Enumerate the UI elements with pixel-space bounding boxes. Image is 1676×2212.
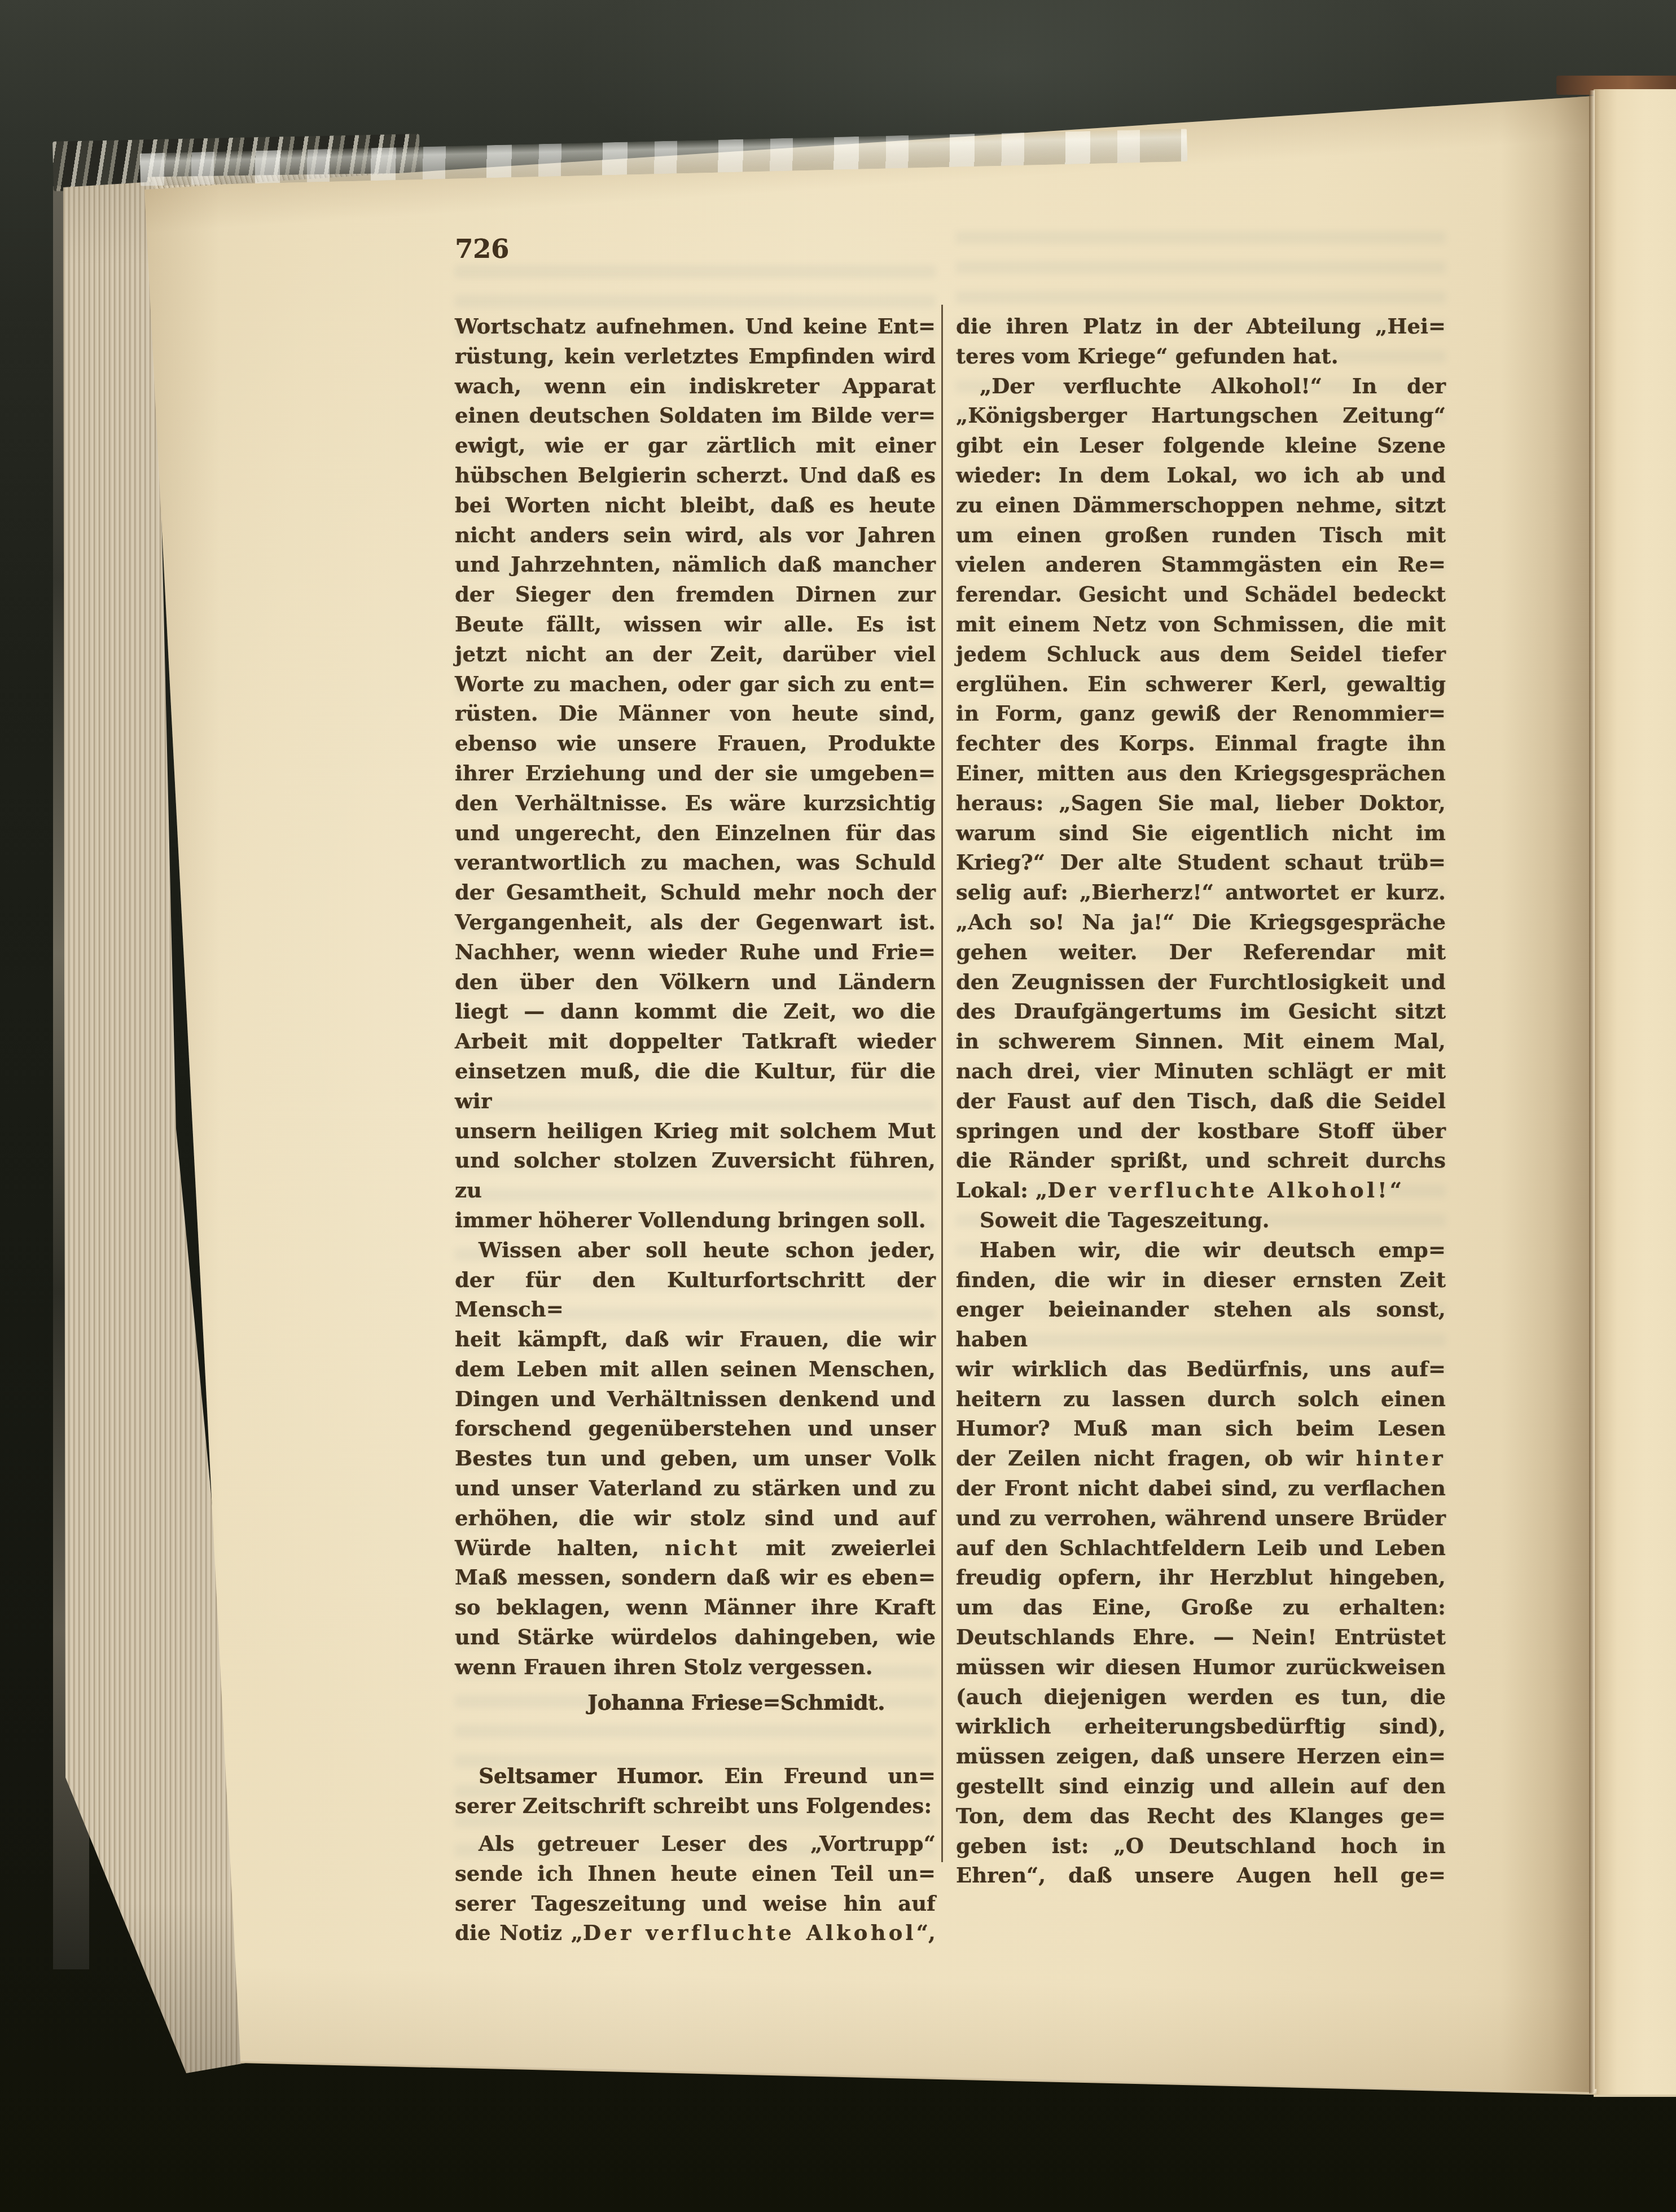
text-run: ferendar. Gesicht und Schädel bedeckt — [956, 582, 1446, 607]
text-run: den über den Völkern und Ländern — [455, 969, 936, 994]
text-run: Soweit die Tageszeitung. — [980, 1208, 1270, 1232]
text-run: und Jahrzehnten, nämlich daß mancher — [455, 552, 936, 577]
text-line: der Faust auf den Tisch, daß die Seidel — [956, 1086, 1446, 1116]
text-run: gibt ein Leser folgende kleine Szene — [956, 433, 1446, 458]
text-run: springen und der kostbare Stoff über — [956, 1118, 1446, 1143]
text-line: mit einem Netz von Schmissen, die mit — [956, 609, 1446, 639]
text-run: Dingen und Verhältnissen denkend und — [455, 1386, 936, 1411]
text-run: wieder: In dem Lokal, wo ich ab und — [956, 463, 1446, 488]
text-run: hübschen Belgierin scherzt. Und daß es — [455, 463, 936, 488]
text-line: wir wirklich das Bedürfnis, uns auf= — [956, 1354, 1446, 1384]
text-run: die ihren Platz in der Abteilung „Hei= — [956, 314, 1446, 339]
text-line: gibt ein Leser folgende kleine Szene — [956, 431, 1446, 460]
letterspaced-text: Der verfluchte Alkohol! — [1047, 1178, 1389, 1202]
text-run: “ — [1390, 1178, 1402, 1202]
text-line: gehen weiter. Der Referendar mit — [956, 937, 1446, 967]
text-line: selig auf: „Bierherz!“ antwortet er kurz… — [956, 877, 1446, 907]
text-line: einsetzen muß, die die Kultur, für die w… — [455, 1056, 936, 1116]
text-run: mit einem Netz von Schmissen, die mit — [956, 612, 1446, 637]
scanned-book-photo: 726 Wortschatz aufnehmen. Und keine Ent=… — [0, 0, 1676, 2212]
text-run: jedem Schluck aus dem Seidel tiefer — [956, 642, 1446, 666]
text-run: finden, die wir in dieser ernsten Zeit — [956, 1267, 1446, 1292]
text-run: in schwerem Sinnen. Mit einem Mal, — [956, 1029, 1446, 1054]
text-line: gestellt sind einzig und allein auf den — [956, 1771, 1446, 1801]
text-line: springen und der kostbare Stoff über — [956, 1116, 1446, 1146]
text-line: und zu verrohen, während unsere Brüder — [956, 1503, 1446, 1533]
text-run: freudig opfern, ihr Herzblut hingeben, — [956, 1565, 1446, 1590]
text-run: Ton, dem das Recht des Klanges ge= — [956, 1803, 1446, 1828]
text-line: Ton, dem das Recht des Klanges ge= — [956, 1801, 1446, 1831]
text-line: und unser Vaterland zu stärken und zu — [455, 1473, 936, 1503]
text-line: ewigt, wie er gar zärtlich mit einer — [455, 431, 936, 460]
text-line: Haben wir, die wir deutsch emp= — [956, 1235, 1446, 1265]
text-line: Deutschlands Ehre. — Nein! Entrüstet — [956, 1622, 1446, 1652]
text-run: jetzt nicht an der Zeit, darüber viel — [455, 642, 936, 666]
text-run: um einen großen runden Tisch mit — [956, 523, 1446, 547]
text-run: Nachher, wenn wieder Ruhe und Frie= — [455, 940, 936, 964]
text-run: und ungerecht, den Einzelnen für das — [455, 820, 936, 845]
text-line: finden, die wir in dieser ernsten Zeit — [956, 1265, 1446, 1295]
text-line: Ehren“, daß unsere Augen hell ge= — [956, 1860, 1446, 1890]
text-column-right: die ihren Platz in der Abteilung „Hei=te… — [956, 311, 1446, 1890]
text-line: den Verhältnisse. Es wäre kurzsichtig — [455, 788, 936, 818]
text-run: Maß messen, sondern daß wir es eben= — [455, 1565, 936, 1590]
text-line: die Notiz „Der verfluchte Alkohol“, — [455, 1918, 936, 1948]
text-line: dem Leben mit allen seinen Menschen, — [455, 1354, 936, 1384]
text-run: sende ich Ihnen heute einen Teil un= — [455, 1861, 936, 1886]
text-line: Vergangenheit, als der Gegenwart ist. — [455, 907, 936, 937]
text-line: Würde halten, nicht mit zweierlei — [455, 1533, 936, 1563]
text-line: (auch diejenigen werden es tun, die — [956, 1682, 1446, 1712]
text-line: sende ich Ihnen heute einen Teil un= — [455, 1859, 936, 1889]
text-run: Ehren“, daß unsere Augen hell ge= — [956, 1863, 1446, 1888]
text-line: ihrer Erziehung und der sie umgeben= — [455, 758, 936, 788]
text-run: der Sieger den fremden Dirnen zur — [455, 582, 936, 607]
text-run: Vergangenheit, als der Gegenwart ist. — [455, 910, 936, 934]
text-line: rüsten. Die Männer von heute sind, — [455, 699, 936, 728]
text-line: und ungerecht, den Einzelnen für das — [455, 818, 936, 848]
text-run: wirklich erheiterungsbedürftig sind), — [956, 1714, 1446, 1739]
text-line: Als getreuer Leser des „Vortrupp“ — [455, 1829, 936, 1859]
text-run: den Verhältnisse. Es wäre kurzsichtig — [455, 791, 936, 815]
text-line: Worte zu machen, oder gar sich zu ent= — [455, 669, 936, 699]
text-run: heraus: „Sagen Sie mal, lieber Doktor, — [956, 791, 1446, 815]
gutter-crease — [1589, 90, 1595, 2093]
text-run: wach, wenn ein indiskreter Apparat — [455, 374, 936, 398]
text-run: Einer, mitten aus den Kriegsgesprächen — [956, 761, 1446, 785]
facing-page — [1594, 89, 1676, 2097]
text-line: wirklich erheiterungsbedürftig sind), — [956, 1711, 1446, 1741]
text-line: jetzt nicht an der Zeit, darüber viel — [455, 639, 936, 669]
text-line: den Zeugnissen der Furchtlosigkeit und — [956, 967, 1446, 997]
text-line: der Zeilen nicht fragen, ob wir hinter — [956, 1443, 1446, 1473]
text-run: einsetzen muß, die die Kultur, für die w… — [455, 1059, 936, 1113]
text-line: um einen großen runden Tisch mit — [956, 520, 1446, 550]
text-run: „Königsberger Hartungschen Zeitung“ — [956, 403, 1446, 428]
text-line: der Gesamtheit, Schuld mehr noch der — [455, 877, 936, 907]
text-run: zu einen Dämmerschoppen nehme, sitzt — [956, 493, 1446, 517]
text-run: heit kämpft, daß wir Frauen, die wir — [455, 1327, 936, 1351]
text-line: Seltsamer Humor. Ein Freund un= — [455, 1761, 936, 1791]
text-run: Krieg?“ Der alte Student schaut trüb= — [956, 850, 1446, 875]
text-run: müssen wir diesen Humor zurückweisen — [956, 1654, 1446, 1679]
text-run: unsern heiligen Krieg mit solchem Mut — [455, 1118, 936, 1143]
text-line: die Ränder sprißt, und schreit durchs — [956, 1145, 1446, 1175]
text-line: den über den Völkern und Ländern — [455, 967, 936, 997]
page-number: 726 — [455, 234, 509, 264]
text-run: teres vom Kriege“ gefunden hat. — [956, 344, 1339, 368]
text-run: rüstung, kein verletztes Empfinden wird — [455, 344, 936, 368]
text-run: vielen anderen Stammgästen ein Re= — [956, 552, 1446, 577]
text-run: Worte zu machen, oder gar sich zu ent= — [455, 671, 936, 696]
text-line: immer höherer Vollendung bringen soll. — [455, 1205, 936, 1235]
text-line: heraus: „Sagen Sie mal, lieber Doktor, — [956, 788, 1446, 818]
text-run: (auch diejenigen werden es tun, die — [956, 1684, 1446, 1709]
text-run: und Stärke würdelos dahingeben, wie — [455, 1625, 936, 1649]
text-line: forschend gegenüberstehen und unser — [455, 1414, 936, 1443]
text-run: gestellt sind einzig und allein auf den — [956, 1774, 1446, 1798]
text-line: wach, wenn ein indiskreter Apparat — [455, 371, 936, 401]
text-line: Krieg?“ Der alte Student schaut trüb= — [956, 848, 1446, 877]
text-line: nicht anders sein wird, als vor Jahren — [455, 520, 936, 550]
text-run: ihrer Erziehung und der sie umgeben= — [455, 761, 936, 785]
text-line: serer Zeitschrift schreibt uns Folgendes… — [455, 1791, 936, 1821]
text-line: wenn Frauen ihren Stolz vergessen. — [455, 1652, 936, 1682]
text-run: nicht anders sein wird, als vor Jahren — [455, 523, 936, 547]
text-line: wieder: In dem Lokal, wo ich ab und — [956, 460, 1446, 490]
text-line: vielen anderen Stammgästen ein Re= — [956, 550, 1446, 580]
text-line: Einer, mitten aus den Kriegsgesprächen — [956, 758, 1446, 788]
text-run: die Notiz „ — [455, 1920, 583, 1945]
text-line: müssen zeigen, daß unsere Herzen ein= — [956, 1741, 1446, 1771]
text-run: der Front nicht dabei sind, zu verflache… — [956, 1476, 1446, 1500]
text-line: Beute fällt, wissen wir alle. Es ist — [455, 609, 936, 639]
text-run: der Gesamtheit, Schuld mehr noch der — [455, 880, 936, 905]
text-run: Bestes tun und geben, um unser Volk — [455, 1446, 936, 1471]
text-run: ebenso wie unsere Frauen, Produkte — [455, 731, 936, 756]
text-run: um das Eine, Große zu erhalten: — [956, 1595, 1446, 1619]
text-column-left: Wortschatz aufnehmen. Und keine Ent=rüst… — [455, 311, 936, 1948]
text-line: so beklagen, wenn Männer ihre Kraft — [455, 1592, 936, 1622]
text-run: forschend gegenüberstehen und unser — [455, 1416, 936, 1441]
text-line: jedem Schluck aus dem Seidel tiefer — [956, 639, 1446, 669]
text-run: „Der verfluchte Alkohol!“ In der — [980, 374, 1446, 398]
text-run: liegt — dann kommt die Zeit, wo die — [455, 999, 936, 1024]
text-line: und solcher stolzen Zuversicht führen, z… — [455, 1145, 936, 1205]
text-line: geben ist: „O Deutschland hoch in — [956, 1831, 1446, 1861]
text-line: Humor? Muß man sich beim Lesen — [956, 1414, 1446, 1443]
column-divider-rule — [941, 305, 943, 1862]
text-run: mit zweierlei — [740, 1535, 936, 1560]
text-run: der Zeilen nicht fragen, ob wir — [956, 1446, 1356, 1471]
text-run: Seltsamer Humor. — [479, 1763, 704, 1788]
text-line: enger beieinander stehen als sonst, habe… — [956, 1294, 1446, 1354]
text-run: Beute fällt, wissen wir alle. Es ist — [455, 612, 936, 637]
text-run: und solcher stolzen Zuversicht führen, z… — [455, 1148, 936, 1202]
text-run: serer Tageszeitung und weise hin auf — [455, 1891, 936, 1916]
text-line: einen deutschen Soldaten im Bilde ver= — [455, 401, 936, 431]
text-line: und Stärke würdelos dahingeben, wie — [455, 1622, 936, 1652]
text-run: erhöhen, die wir stolz sind und auf — [455, 1506, 936, 1530]
letterspaced-text: Der verfluchte Alkohol — [583, 1920, 916, 1945]
text-line: in schwerem Sinnen. Mit einem Mal, — [956, 1026, 1446, 1056]
text-run: in Form, ganz gewiß der Renommier= — [956, 701, 1446, 726]
text-line: der für den Kulturfortschritt der Mensch… — [455, 1265, 936, 1325]
text-run: wir wirklich das Bedürfnis, uns auf= — [956, 1357, 1446, 1381]
letterspaced-text: hinter — [1356, 1446, 1446, 1471]
text-run: erglühen. Ein schwerer Kerl, gewaltig — [956, 671, 1446, 696]
text-run: selig auf: „Bierherz!“ antwortet er kurz… — [956, 880, 1446, 905]
text-line: teres vom Kriege“ gefunden hat. — [956, 341, 1446, 371]
text-line: um das Eine, Große zu erhalten: — [956, 1592, 1446, 1622]
text-line: freudig opfern, ihr Herzblut hingeben, — [956, 1563, 1446, 1592]
text-line: ebenso wie unsere Frauen, Produkte — [455, 728, 936, 758]
text-line: heitern zu lassen durch solch einen — [956, 1384, 1446, 1414]
text-run: rüsten. Die Männer von heute sind, — [455, 701, 936, 726]
text-run: die Ränder sprißt, und schreit durchs — [956, 1148, 1446, 1173]
text-line: des Draufgängertums im Gesicht sitzt — [956, 997, 1446, 1026]
text-line: warum sind Sie eigentlich nicht im — [956, 818, 1446, 848]
text-line: der Front nicht dabei sind, zu verflache… — [956, 1473, 1446, 1503]
text-line: Dingen und Verhältnissen denkend und — [455, 1384, 936, 1414]
text-run: so beklagen, wenn Männer ihre Kraft — [455, 1595, 936, 1619]
text-line: „Königsberger Hartungschen Zeitung“ — [956, 401, 1446, 431]
text-line: Lokal: „Der verfluchte Alkohol!“ — [956, 1175, 1446, 1205]
text-run: Ein Freund un= — [704, 1763, 936, 1788]
text-run: und zu verrohen, während unsere Brüder — [956, 1506, 1446, 1530]
text-line: auf den Schlachtfeldern Leib und Leben — [956, 1533, 1446, 1563]
text-line: rüstung, kein verletztes Empfinden wird — [455, 341, 936, 371]
text-run: bei Worten nicht bleibt, daß es heute — [455, 493, 936, 517]
text-line: serer Tageszeitung und weise hin auf — [455, 1889, 936, 1919]
text-line: heit kämpft, daß wir Frauen, die wir — [455, 1324, 936, 1354]
text-run: gehen weiter. Der Referendar mit — [956, 940, 1446, 964]
text-run: fechter des Korps. Einmal fragte ihn — [956, 731, 1446, 756]
text-line: „Ach so! Na ja!“ Die Kriegsgespräche — [956, 907, 1446, 937]
letterspaced-text: nicht — [665, 1535, 740, 1560]
text-run: auf den Schlachtfeldern Leib und Leben — [956, 1535, 1446, 1560]
text-run: Lokal: „ — [956, 1178, 1047, 1202]
text-run: einen deutschen Soldaten im Bilde ver= — [455, 403, 936, 428]
text-run: müssen zeigen, daß unsere Herzen ein= — [956, 1744, 1446, 1768]
text-run: Würde halten, — [455, 1535, 665, 1560]
text-run: des Draufgängertums im Gesicht sitzt — [956, 999, 1446, 1024]
text-line: erhöhen, die wir stolz sind und auf — [455, 1503, 936, 1533]
text-run: verantwortlich zu machen, was Schuld — [455, 850, 936, 875]
text-line: bei Worten nicht bleibt, daß es heute — [455, 490, 936, 520]
text-run: Deutschlands Ehre. — Nein! Entrüstet — [956, 1625, 1446, 1649]
text-run: nach drei, vier Minuten schlägt er mit — [956, 1059, 1446, 1083]
text-run: Humor? Muß man sich beim Lesen — [956, 1416, 1446, 1441]
text-run: Johanna Friese=Schmidt. — [587, 1690, 885, 1715]
text-run: Arbeit mit doppelter Tatkraft wieder — [455, 1029, 936, 1054]
text-run: Wortschatz aufnehmen. Und keine Ent= — [455, 314, 936, 339]
text-run: der Faust auf den Tisch, daß die Seidel — [956, 1089, 1446, 1113]
text-line: „Der verfluchte Alkohol!“ In der — [956, 371, 1446, 401]
text-line: erglühen. Ein schwerer Kerl, gewaltig — [956, 669, 1446, 699]
text-line: liegt — dann kommt die Zeit, wo die — [455, 997, 936, 1026]
text-line: die ihren Platz in der Abteilung „Hei= — [956, 311, 1446, 341]
text-line: Bestes tun und geben, um unser Volk — [455, 1443, 936, 1473]
text-line: Maß messen, sondern daß wir es eben= — [455, 1563, 936, 1592]
text-line: zu einen Dämmerschoppen nehme, sitzt — [956, 490, 1446, 520]
text-line: ferendar. Gesicht und Schädel bedeckt — [956, 580, 1446, 609]
text-line: Wissen aber soll heute schon jeder, — [455, 1235, 936, 1265]
text-run: serer Zeitschrift schreibt uns Folgendes… — [455, 1793, 932, 1818]
text-run: immer höherer Vollendung bringen soll. — [455, 1208, 926, 1232]
text-run: wenn Frauen ihren Stolz vergessen. — [455, 1654, 873, 1679]
text-line: fechter des Korps. Einmal fragte ihn — [956, 728, 1446, 758]
text-line: in Form, ganz gewiß der Renommier= — [956, 699, 1446, 728]
text-line: verantwortlich zu machen, was Schuld — [455, 848, 936, 877]
book-page: 726 Wortschatz aufnehmen. Und keine Ent=… — [0, 0, 1676, 2212]
text-line: hübschen Belgierin scherzt. Und daß es — [455, 460, 936, 490]
text-line: Wortschatz aufnehmen. Und keine Ent= — [455, 311, 936, 341]
text-line: und Jahrzehnten, nämlich daß mancher — [455, 550, 936, 580]
text-line: Nachher, wenn wieder Ruhe und Frie= — [455, 937, 936, 967]
text-line: Arbeit mit doppelter Tatkraft wieder — [455, 1026, 936, 1056]
text-line: Johanna Friese=Schmidt. — [455, 1688, 936, 1718]
gutter-shadow — [1501, 94, 1595, 2093]
text-line: Soweit die Tageszeitung. — [956, 1205, 1446, 1235]
text-run: den Zeugnissen der Furchtlosigkeit und — [956, 969, 1446, 994]
text-run: ewigt, wie er gar zärtlich mit einer — [455, 433, 936, 458]
text-run: Als getreuer Leser des „Vortrupp“ — [479, 1831, 936, 1856]
text-run: „Ach so! Na ja!“ Die Kriegsgespräche — [956, 910, 1446, 934]
text-run: dem Leben mit allen seinen Menschen, — [455, 1357, 936, 1381]
text-run: der für den Kulturfortschritt der Mensch… — [455, 1267, 936, 1322]
text-run: enger beieinander stehen als sonst, habe… — [956, 1297, 1446, 1351]
text-run: und unser Vaterland zu stärken und zu — [455, 1476, 936, 1500]
text-run: warum sind Sie eigentlich nicht im — [956, 820, 1446, 845]
text-line: nach drei, vier Minuten schlägt er mit — [956, 1056, 1446, 1086]
text-run: heitern zu lassen durch solch einen — [956, 1386, 1446, 1411]
text-run: “, — [916, 1920, 936, 1945]
text-run: Wissen aber soll heute schon jeder, — [479, 1237, 936, 1262]
text-run: geben ist: „O Deutschland hoch in — [956, 1833, 1446, 1858]
text-run: Haben wir, die wir deutsch emp= — [980, 1237, 1446, 1262]
text-line: unsern heiligen Krieg mit solchem Mut — [455, 1116, 936, 1146]
text-line: müssen wir diesen Humor zurückweisen — [956, 1652, 1446, 1682]
text-line: der Sieger den fremden Dirnen zur — [455, 580, 936, 609]
